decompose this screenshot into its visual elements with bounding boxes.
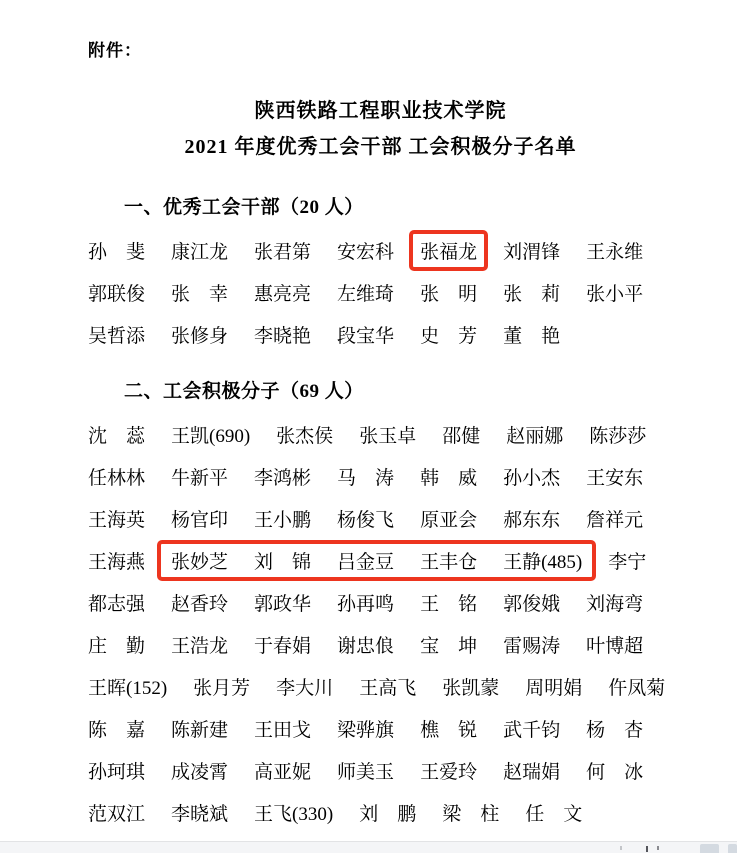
person-name: 范双江: [88, 799, 145, 826]
person-name: 詹祥元: [586, 505, 643, 532]
person-name: 王海英: [88, 505, 145, 532]
person-name: 王浩龙: [171, 631, 228, 658]
document-title-line1: 陕西铁路工程职业技术学院: [88, 97, 673, 125]
person-name: 王静(485): [503, 547, 582, 574]
person-name: 王小鹏: [254, 505, 311, 532]
person-name: 郭联俊: [88, 279, 145, 306]
person-name: 张月芳: [193, 673, 250, 700]
person-name: 王海燕: [88, 547, 145, 574]
person-name: 王飞(330): [254, 799, 333, 826]
person-name: 郭政华: [254, 589, 311, 616]
person-name: 王凯(690): [171, 421, 250, 448]
name-row: 都志强赵香玲郭政华孙再鸣王 铭郭俊娥刘海弯: [88, 581, 673, 623]
name-row: 郭联俊张 幸惠亮亮左维琦张 明张 莉张小平: [88, 271, 673, 313]
person-name: 成凌霄: [171, 757, 228, 784]
person-name: 刘 鹏: [359, 799, 416, 826]
person-name: 康江龙: [171, 237, 228, 264]
name-row: 沈 蕊王凯(690)张杰侯张玉卓邵健赵丽娜陈莎莎: [88, 413, 673, 455]
person-name: 原亚会: [420, 505, 477, 532]
person-name: 刘 锦: [254, 547, 311, 574]
person-name: 段宝华: [337, 321, 394, 348]
person-name: 陈新建: [171, 715, 228, 742]
name-row: 任林林牛新平李鸿彬马 涛韩 威孙小杰王安东: [88, 455, 673, 497]
person-name: 武千钧: [503, 715, 560, 742]
person-name: 陈 嘉: [88, 715, 145, 742]
person-name: 何 冰: [586, 757, 643, 784]
person-name: 张玉卓: [359, 421, 416, 448]
person-name: 陈莎莎: [589, 421, 646, 448]
person-name: 孙再鸣: [337, 589, 394, 616]
person-name: 牛新平: [171, 463, 228, 490]
person-name: 杨 杏: [586, 715, 643, 742]
person-name: 王爱玲: [420, 757, 477, 784]
name-row: 范双江李晓斌王飞(330)刘 鹏梁 柱任 文: [88, 791, 673, 833]
person-name: 王田戈: [254, 715, 311, 742]
person-name: 高亚妮: [254, 757, 311, 784]
name-row: 孙珂琪成凌霄高亚妮师美玉王爱玲赵瑞娟何 冰: [88, 749, 673, 791]
person-name: 左维琦: [337, 279, 394, 306]
person-name: 王永维: [586, 237, 643, 264]
person-name: 吕金豆: [337, 547, 394, 574]
person-name: 郭俊娥: [503, 589, 560, 616]
person-name: 邵健: [442, 421, 480, 448]
person-name: 杨俊飞: [337, 505, 394, 532]
name-row: 王晖(152)张月芳李大川王高飞张凯蒙周明娟仵凤菊: [88, 665, 673, 707]
person-name: 任 文: [525, 799, 582, 826]
name-row: 庄 勤王浩龙于春娟谢忠俍宝 坤雷赐涛叶博超: [88, 623, 673, 665]
red-highlight-box: 张福龙: [409, 230, 488, 271]
person-name: 郝东东: [503, 505, 560, 532]
person-name: 韩 威: [420, 463, 477, 490]
person-name: 刘海弯: [586, 589, 643, 616]
person-name: 赵香玲: [171, 589, 228, 616]
person-name: 马 涛: [337, 463, 394, 490]
person-name: 庄 勤: [88, 631, 145, 658]
person-name: 吴哲添: [88, 321, 145, 348]
toolbar-partial-button[interactable]: [700, 844, 719, 853]
person-name: 李晓斌: [171, 799, 228, 826]
person-name: 任林林: [88, 463, 145, 490]
person-name: 张君第: [254, 237, 311, 264]
person-name: 董 艳: [503, 321, 560, 348]
person-name: 叶博超: [586, 631, 643, 658]
person-name: 张修身: [171, 321, 228, 348]
person-name: 惠亮亮: [254, 279, 311, 306]
person-name: 王晖(152): [88, 673, 167, 700]
red-highlight-box: 张妙芝刘 锦吕金豆王丰仓王静(485): [157, 540, 596, 581]
person-name: 李鸿彬: [254, 463, 311, 490]
section-2-heading: 二、工会积极分子（69 人）: [88, 379, 673, 405]
person-name: 谢忠俍: [337, 631, 394, 658]
person-name: 张杰侯: [276, 421, 333, 448]
person-name: 梁骅旗: [337, 715, 394, 742]
sections: 一、优秀工会干部（20 人）孙 斐康江龙张君第安宏科张福龙刘渭锋王永维郭联俊张 …: [88, 195, 673, 833]
name-row: 吴哲添张修身李晓艳段宝华史 芳董 艳: [88, 313, 673, 355]
person-name: 樵 锐: [420, 715, 477, 742]
person-name: 张凯蒙: [442, 673, 499, 700]
person-name: 周明娟: [525, 673, 582, 700]
person-name: 沈 蕊: [88, 421, 145, 448]
person-name: 王安东: [586, 463, 643, 490]
attachment-label: 附件：: [88, 36, 673, 61]
name-row: 陈 嘉陈新建王田戈梁骅旗樵 锐武千钧杨 杏: [88, 707, 673, 749]
person-name: 安宏科: [337, 237, 394, 264]
person-name: 李晓艳: [254, 321, 311, 348]
person-name: 王高飞: [359, 673, 416, 700]
viewer-bottom-bar: [0, 841, 737, 853]
person-name: 于春娟: [254, 631, 311, 658]
person-name: 都志强: [88, 589, 145, 616]
person-name: 张妙芝: [171, 547, 228, 574]
person-name: 赵丽娜: [506, 421, 563, 448]
person-name: 梁 柱: [442, 799, 499, 826]
person-name: 王丰仓: [420, 547, 477, 574]
document-page: 附件： 陕西铁路工程职业技术学院 2021 年度优秀工会干部 工会积极分子名单 …: [0, 0, 737, 833]
toolbar-partial-mark-icon: [646, 846, 648, 852]
person-name: 张 明: [420, 279, 477, 306]
person-name: 宝 坤: [420, 631, 477, 658]
toolbar-partial-mark-icon: [620, 846, 622, 850]
person-name: 张小平: [586, 279, 643, 306]
person-name: 史 芳: [420, 321, 477, 348]
person-name: 杨官印: [171, 505, 228, 532]
person-name: 刘渭锋: [503, 237, 560, 264]
person-name: 王 铭: [420, 589, 477, 616]
person-name: 李大川: [276, 673, 333, 700]
person-name: 仵凤菊: [608, 673, 665, 700]
person-name: 张 幸: [171, 279, 228, 306]
person-name: 孙 斐: [88, 237, 145, 264]
name-row: 王海英杨官印王小鹏杨俊飞原亚会郝东东詹祥元: [88, 497, 673, 539]
toolbar-partial-button[interactable]: [728, 844, 737, 853]
person-name: 孙小杰: [503, 463, 560, 490]
person-name: 赵瑞娟: [503, 757, 560, 784]
document-title-line2: 2021 年度优秀工会干部 工会积极分子名单: [88, 133, 673, 161]
name-row: 孙 斐康江龙张君第安宏科张福龙刘渭锋王永维: [88, 229, 673, 271]
name-row: 王海燕张妙芝刘 锦吕金豆王丰仓王静(485)李宁: [88, 539, 673, 581]
person-name: 孙珂琪: [88, 757, 145, 784]
person-name: 李宁: [608, 547, 646, 574]
person-name: 师美玉: [337, 757, 394, 784]
person-name: 雷赐涛: [503, 631, 560, 658]
section-1-heading: 一、优秀工会干部（20 人）: [88, 195, 673, 221]
person-name: 张 莉: [503, 279, 560, 306]
toolbar-partial-mark-icon: [657, 846, 659, 850]
